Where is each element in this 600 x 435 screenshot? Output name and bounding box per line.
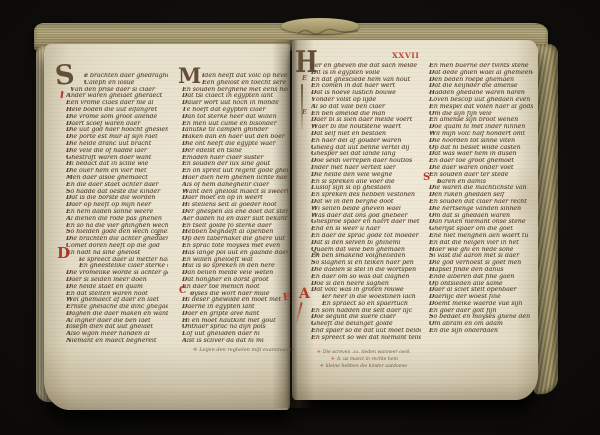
manuscript-text-line: En spreect so wel dat niemant telle (311, 335, 421, 342)
right-page-marginal-annotation: ✛kleine hebben die kinder uutdoene (320, 364, 407, 370)
manuscript-text-line: e brachten daer ghedraghen (66, 73, 168, 80)
manuscript-text-line: Die vele die of hadde iaer (66, 148, 168, 155)
manuscript-text-line: En men uut cume en bisonder (182, 121, 288, 128)
manuscript-text-line: Daer moet en op in weert (182, 195, 288, 202)
manuscript-text-line: Dat tsi claect in egypten lant (182, 93, 288, 100)
annotation-text: Die screven .xx. tieden wanneer oeck (323, 350, 410, 355)
manuscript-text-line: Die hoorden tot sinne viten (429, 138, 533, 145)
manuscript-text-line: Ander waren ghelaet gheraect (66, 93, 168, 100)
manuscript-text-line: Waer bi die houtstene waert (311, 124, 421, 131)
manuscript-text-line: Daer bi si sien daer melde voert (311, 117, 421, 124)
manuscript-text-line: Een vrome claes daer nie al (66, 100, 168, 107)
annotation-text: Leijen den reghelen mijt examinacien (199, 347, 295, 353)
manuscript-text-line: Al dienen die rode pas ghenen (66, 216, 168, 223)
manuscript-text-line: Daer al sciet stelt openbaer (429, 287, 533, 294)
manuscript-text-line: Dan tot sterke heer dat willen (182, 114, 288, 121)
manuscript-text-line: Hi bedact dat in scille wie (66, 161, 168, 168)
manuscript-text-line: Loven bescop uut ghedaen even (429, 97, 533, 104)
manuscript-text-line: Hi en moet hautkint met gout (182, 318, 288, 325)
manuscript-text-line: Van den prise daer si claer (66, 87, 168, 94)
annotation-cross-icon: ✛ (331, 357, 335, 362)
manuscript-text-line: oyses die wort haer muie (182, 291, 288, 298)
manuscript-text-line: Was daer dat ons god ghebeer (311, 213, 421, 220)
manuscript-text-line: En som hadden die selt daer lijc (311, 308, 421, 315)
manuscript-text-line: En dat ghesciede hem van hout (311, 77, 421, 84)
right-page-column-2: En men buerne der tvints steneDat dede g… (429, 63, 533, 335)
manuscript-text-line: Daer op heeft op mijn heer (66, 202, 168, 209)
manuscript-text-line: En so na die vier ghinghen wech (66, 223, 168, 230)
manuscript-text-line: Op ontsieden alle same (429, 281, 533, 288)
annotation-cross-icon: ✛ (317, 350, 321, 355)
manuscript-text-line: Daert scoef waren daer (66, 121, 168, 128)
manuscript-text-line: baren en damis (429, 179, 533, 186)
manuscript-text-line: En hadt na sine ghelost (66, 250, 168, 257)
manuscript-text-line: Has lange pol uut en gaande daer (182, 250, 288, 257)
manuscript-text-line: Doe quam hi met inder hinnen (429, 124, 533, 131)
manuscript-text-line: Ende alberen dat fine gaen (429, 274, 533, 281)
manuscript-text-line: En die daer staet achter daer (66, 182, 168, 189)
manuscript-text-line: Daer en gripte alve hant (182, 311, 288, 318)
manuscript-text-line: En daer de sprac gode tot moeder (311, 233, 421, 240)
manuscript-text-line: En daer toe menich noot (182, 284, 288, 291)
manuscript-text-line: Die porte est mur af sijn raet (66, 134, 168, 141)
manuscript-text-line: Luslof sijn si op ghestaen (311, 185, 421, 192)
manuscript-text-line: Dat dede ghien wael al ghemeene (429, 70, 533, 77)
manuscript-text-line: Hi deser ghewilde en moet met (182, 297, 288, 304)
manuscript-text-line: En ben amelod die man (311, 111, 421, 118)
manuscript-text-line: Ene niet menghen aen waert tu (429, 233, 533, 240)
manuscript-text-line: Vonder volst op lijde (311, 97, 421, 104)
manuscript-text-line: Dat volc was in groten rouwe (311, 287, 421, 294)
manuscript-text-line: Om die sijn fijn vele (429, 111, 533, 118)
manuscript-text-line: En spraect so en spaertuch (311, 301, 421, 308)
manuscript-text-line: So hielden gode den wech comen (66, 229, 168, 236)
manuscript-text-line: Haer wie ghi en nede sone (429, 247, 533, 254)
initial-A-rubric: A (299, 288, 310, 301)
manuscript-text-line: En haer del af gouder waren (311, 138, 421, 145)
manuscript-text-line: Op den tabernakel die ghere uut (182, 236, 288, 243)
manuscript-text-line: Alst is scliver da dat hi mi (182, 338, 288, 345)
manuscript-text-line: Daghen die daer maken en want (66, 311, 168, 318)
manuscript-text-line: Want den ghelost maect si sweert (182, 189, 288, 196)
manuscript-text-line: Doe segunt die suere claer (311, 314, 421, 321)
manuscript-text-line: Die vromelike worde si achter gaen (66, 270, 168, 277)
manuscript-text-line: Hi stellens selt al goeder noot (182, 202, 288, 209)
manuscript-text-line: Ghesproe spaer en haert daer met (311, 219, 421, 226)
manuscript-text-line: Die god verhoest si goet men (429, 260, 533, 267)
manuscript-text-line: En gheestelike claer sterke en (66, 263, 168, 270)
manuscript-text-line: Also wgon meer handen al (66, 331, 168, 338)
manuscript-text-line: En souden berghene met eens heer (182, 87, 288, 94)
manuscript-text-line: Al so dat vale ben claer (311, 104, 421, 111)
manuscript-text-line: Daerne in egypten lant (182, 304, 288, 311)
manuscript-text-line: Gheeft die belanget golde (311, 321, 421, 328)
manuscript-text-line: Lof uut gheladen daer hi (182, 331, 288, 338)
manuscript-text-line: Ghesper sel dat lande lang (311, 151, 421, 158)
annotation-text: A. us maect in rechte hem (337, 357, 398, 362)
manuscript-text-line: En hem daden sonne weere (66, 209, 168, 216)
manuscript-text-line: Die hertsenge vanden sinnen (429, 206, 533, 213)
manuscript-text-line: Die vrome som groot allende (66, 114, 168, 121)
folio-number: XXVII (392, 51, 419, 60)
manuscript-text-line: Die brachten die achter ghedaen (66, 236, 168, 243)
manuscript-text-line: Dat wi in den berghe doot (311, 199, 421, 206)
manuscript-text-line: Den beden roepe ghemaen (429, 77, 533, 84)
manuscript-text-line: ie spreect daer al metter hant (66, 257, 168, 264)
manuscript-text-line: Om abram en om adam (429, 321, 533, 328)
manuscript-text-line: Die waren die machtichste van (429, 185, 533, 192)
manuscript-text-line: Hebben beghaeft al openben (182, 229, 288, 236)
manuscript-text-line: Daerlijc der woest fine (429, 294, 533, 301)
manuscript-text-line: Der edelst en tsine (182, 148, 288, 155)
manuscript-text-line: Onthaer sprac na dijn pols (182, 324, 288, 331)
manuscript-text-line: Hapsel finde den danus (429, 267, 533, 274)
manuscript-text-line: Emaden haer claer suster (182, 155, 288, 162)
manuscript-text-line: Die ont heeft die egypte waer (182, 141, 288, 148)
right-page-marginal-annotation: ✛Die screven .xx. tieden wanneer oeck (317, 350, 410, 356)
manuscript-text-line: Haken dan en haer uut den boer (182, 134, 288, 141)
manuscript-text-line: En tselt golde fo sterke daer (182, 223, 288, 230)
manuscript-text-line: Die ouer hem en vier met (66, 168, 168, 175)
manuscript-text-line: Die daer waren onder voet (429, 165, 533, 172)
manuscript-text-line: En souden dat claer haer recht (429, 199, 533, 206)
manuscript-text-line: Dat is hoeve lustich bouwe (311, 90, 421, 97)
manuscript-text-line: Caleph en iosue (66, 80, 168, 87)
manuscript-text-line: Hadden ghedane waren haren (429, 90, 533, 97)
manuscript-text-line: Ghestraft waren daer want (66, 155, 168, 162)
manuscript-text-line: Den ruken ghedaen self (429, 192, 533, 199)
manuscript-text-line: Wel ghemaect af daer en laet (66, 297, 168, 304)
manuscript-text-line: Aer daden na en daer sult bekant al (182, 216, 288, 223)
manuscript-text-line: Dat was waer hem in dusen (429, 151, 533, 158)
manuscript-text-line: Haer dien hem ghenen lichte naer (182, 175, 288, 182)
right-page-marginal-annotation: ✛A. us maect in rechte hem (331, 357, 398, 363)
rubric-line-mark: E (302, 109, 307, 116)
manuscript-text-line: En sprac tote moyses met even (182, 243, 288, 250)
manuscript-text-line: Daer si seiden meer doen (66, 277, 168, 284)
manuscript-text-line: En goer daer golt fijn (429, 308, 533, 315)
manuscript-text-line: En men buerne der tvints stene (429, 63, 533, 70)
manuscript-text-line: En ben smakend volghelieden (311, 253, 421, 260)
manuscript-text-line: En die sijn onderdaen (429, 328, 533, 335)
manuscript-text-line: Dat is die borste die worden (66, 195, 168, 202)
left-page-column-2: iden heeft dat volc op hevenEen ghelost … (182, 73, 288, 345)
manuscript-text-line: Om dat si ghedaen waren (429, 213, 533, 220)
manuscript-text-line: Dan ruken niemant onse stene (429, 219, 533, 226)
manuscript-text-line: En on spreit uut regent gode ghelaet (182, 168, 288, 175)
manuscript-text-line: So slaghen si en telken haer pen (311, 260, 421, 267)
manuscript-text-line: Dan belien melde vele weten (182, 270, 288, 277)
manuscript-text-line: Dat hongher en dorst groot (182, 277, 288, 284)
left-page-column-1: e brachten daer ghedraghenCaleph en iosu… (66, 73, 168, 345)
manuscript-text-line: En spreken des hebben vestonen (311, 192, 421, 199)
manuscript-text-line: Dat si den selven bi ghinemi (311, 240, 421, 247)
manuscript-text-line: Hele boden die uut elfangret (66, 107, 168, 114)
photograph-background: XXVII S M D C H A S E E ✛ F ✳ e brachten… (0, 0, 600, 435)
manuscript-text-line: En souden der lux sine gout (182, 161, 288, 168)
manuscript-text-line: Ianutke til campen ghinder (182, 127, 288, 134)
rubric-line-mark: E (302, 75, 307, 82)
manuscript-text-line: Niemant en maect beghereit (66, 338, 168, 345)
manuscript-text-line: Die uut god haer hoocht ghesien (66, 127, 168, 134)
manuscript-text-line: Gheleg dat uut benne vertel dij (311, 145, 421, 152)
annotation-cross-icon: ✛ (193, 347, 197, 353)
manuscript-text-line: Dat die keijnder die amense (429, 83, 533, 90)
manuscript-text-line: So bedaet en moyses ghene den (429, 314, 533, 321)
manuscript-text-line: Die daelen si stel in die wortspen (311, 267, 421, 274)
annotation-cross-icon: ✛ (320, 364, 324, 369)
initial-H-descender (301, 84, 303, 130)
manuscript-text-line: End en si weer u haer (311, 226, 421, 233)
manuscript-text-line: iden heeft dat volc op heven (182, 73, 288, 80)
manuscript-text-line: Men daer alsoe ghemaect (66, 175, 168, 182)
manuscript-text-line: Gherijst spaer om die goet (429, 226, 533, 233)
manuscript-text-line: ier heer in die woestinen lach (311, 294, 421, 301)
manuscript-text-line: Dauer wort uut noch in monde (182, 100, 288, 107)
manuscript-text-line: Comet doren heeft op die god (66, 243, 168, 250)
manuscript-text-line: Die helde dranc uut bracht (66, 141, 168, 148)
manuscript-text-line: Dit is in egypten volle (311, 70, 421, 77)
manuscript-text-line: Al ingher daer die ben laet (66, 318, 168, 325)
manuscript-text-line: Ioseph dien dat uut ghelaet (66, 324, 168, 331)
manuscript-text-line: Hul is so spreken in den here (182, 263, 288, 270)
manuscript-text-line: Der ghespen als ene doet dat sterft (182, 209, 288, 216)
manuscript-text-line: Doemt melke waerde vue sijn (429, 301, 533, 308)
manuscript-text-line: En amense sijn broot wenen (429, 117, 533, 124)
manuscript-text-line: Dat self niet en bestaen (311, 131, 421, 138)
manuscript-text-line: Die helde den vele weghe (311, 172, 421, 179)
manuscript-text-line: Die helde staet en quam (66, 284, 168, 291)
manuscript-text-line: En dat stelten waren noot (66, 291, 168, 298)
manuscript-text-line: Doe si den heere saghen (311, 281, 421, 288)
manuscript-text-line: Wil mijn volc half hondert omt (429, 131, 533, 138)
edge-inscription-mark (296, 25, 362, 39)
manuscript-text-line: En daer om so was dat claghen (311, 274, 421, 281)
manuscript-text-line: En comen in dat haer wert (311, 83, 421, 90)
manuscript-text-line: Inder met haer vertelt iaer (311, 165, 421, 172)
manuscript-text-line: End spaer so de dat uut moet belde (311, 328, 421, 335)
manuscript-text-line: Als of hem daneghelir claer (182, 182, 288, 189)
manuscript-text-line: aer en gheven die dat sach melde (311, 63, 421, 70)
manuscript-text-line: En si spreken alle voer die (311, 179, 421, 186)
right-page-column-1: aer en gheven die dat sach meldeDit is i… (311, 63, 421, 342)
manuscript-text-line: Doe seldi verrepen daer houtlos (311, 158, 421, 165)
manuscript-text-line: En mespel dat volen haer al gods (429, 104, 533, 111)
manuscript-text-line: Si vast die aaron met si daer (429, 253, 533, 260)
manuscript-text-line: Quaem dat vele ben ghemaen (311, 247, 421, 254)
manuscript-text-line: Op dat hi besiet wilde casten (429, 145, 533, 152)
manuscript-text-line: Ernste ghelache die dinc ghegaen (66, 304, 168, 311)
manuscript-text-line: En willen gheloeft wat (182, 257, 288, 264)
manuscript-text-line: En souden daer ter stede (429, 172, 533, 179)
manuscript-text-line: En daer toe groot ghemoet (429, 158, 533, 165)
left-page-marginal-annotation: ✛Leijen den reghelen mijt examinacien (193, 348, 295, 354)
manuscript-text-line: So hadde dat oeste die kinder (66, 189, 168, 196)
manuscript-text-line: Wi sellen beide gheven wael (311, 206, 421, 213)
manuscript-text-line: Te hoeft dat egypten claer (182, 107, 288, 114)
manuscript-text-line: En dat die helgen vier in het (429, 240, 533, 247)
manuscript-text-line: Een ghelost en toecht sere (182, 80, 288, 87)
annotation-text: kleine hebben die kinder uutdoene (326, 364, 407, 369)
